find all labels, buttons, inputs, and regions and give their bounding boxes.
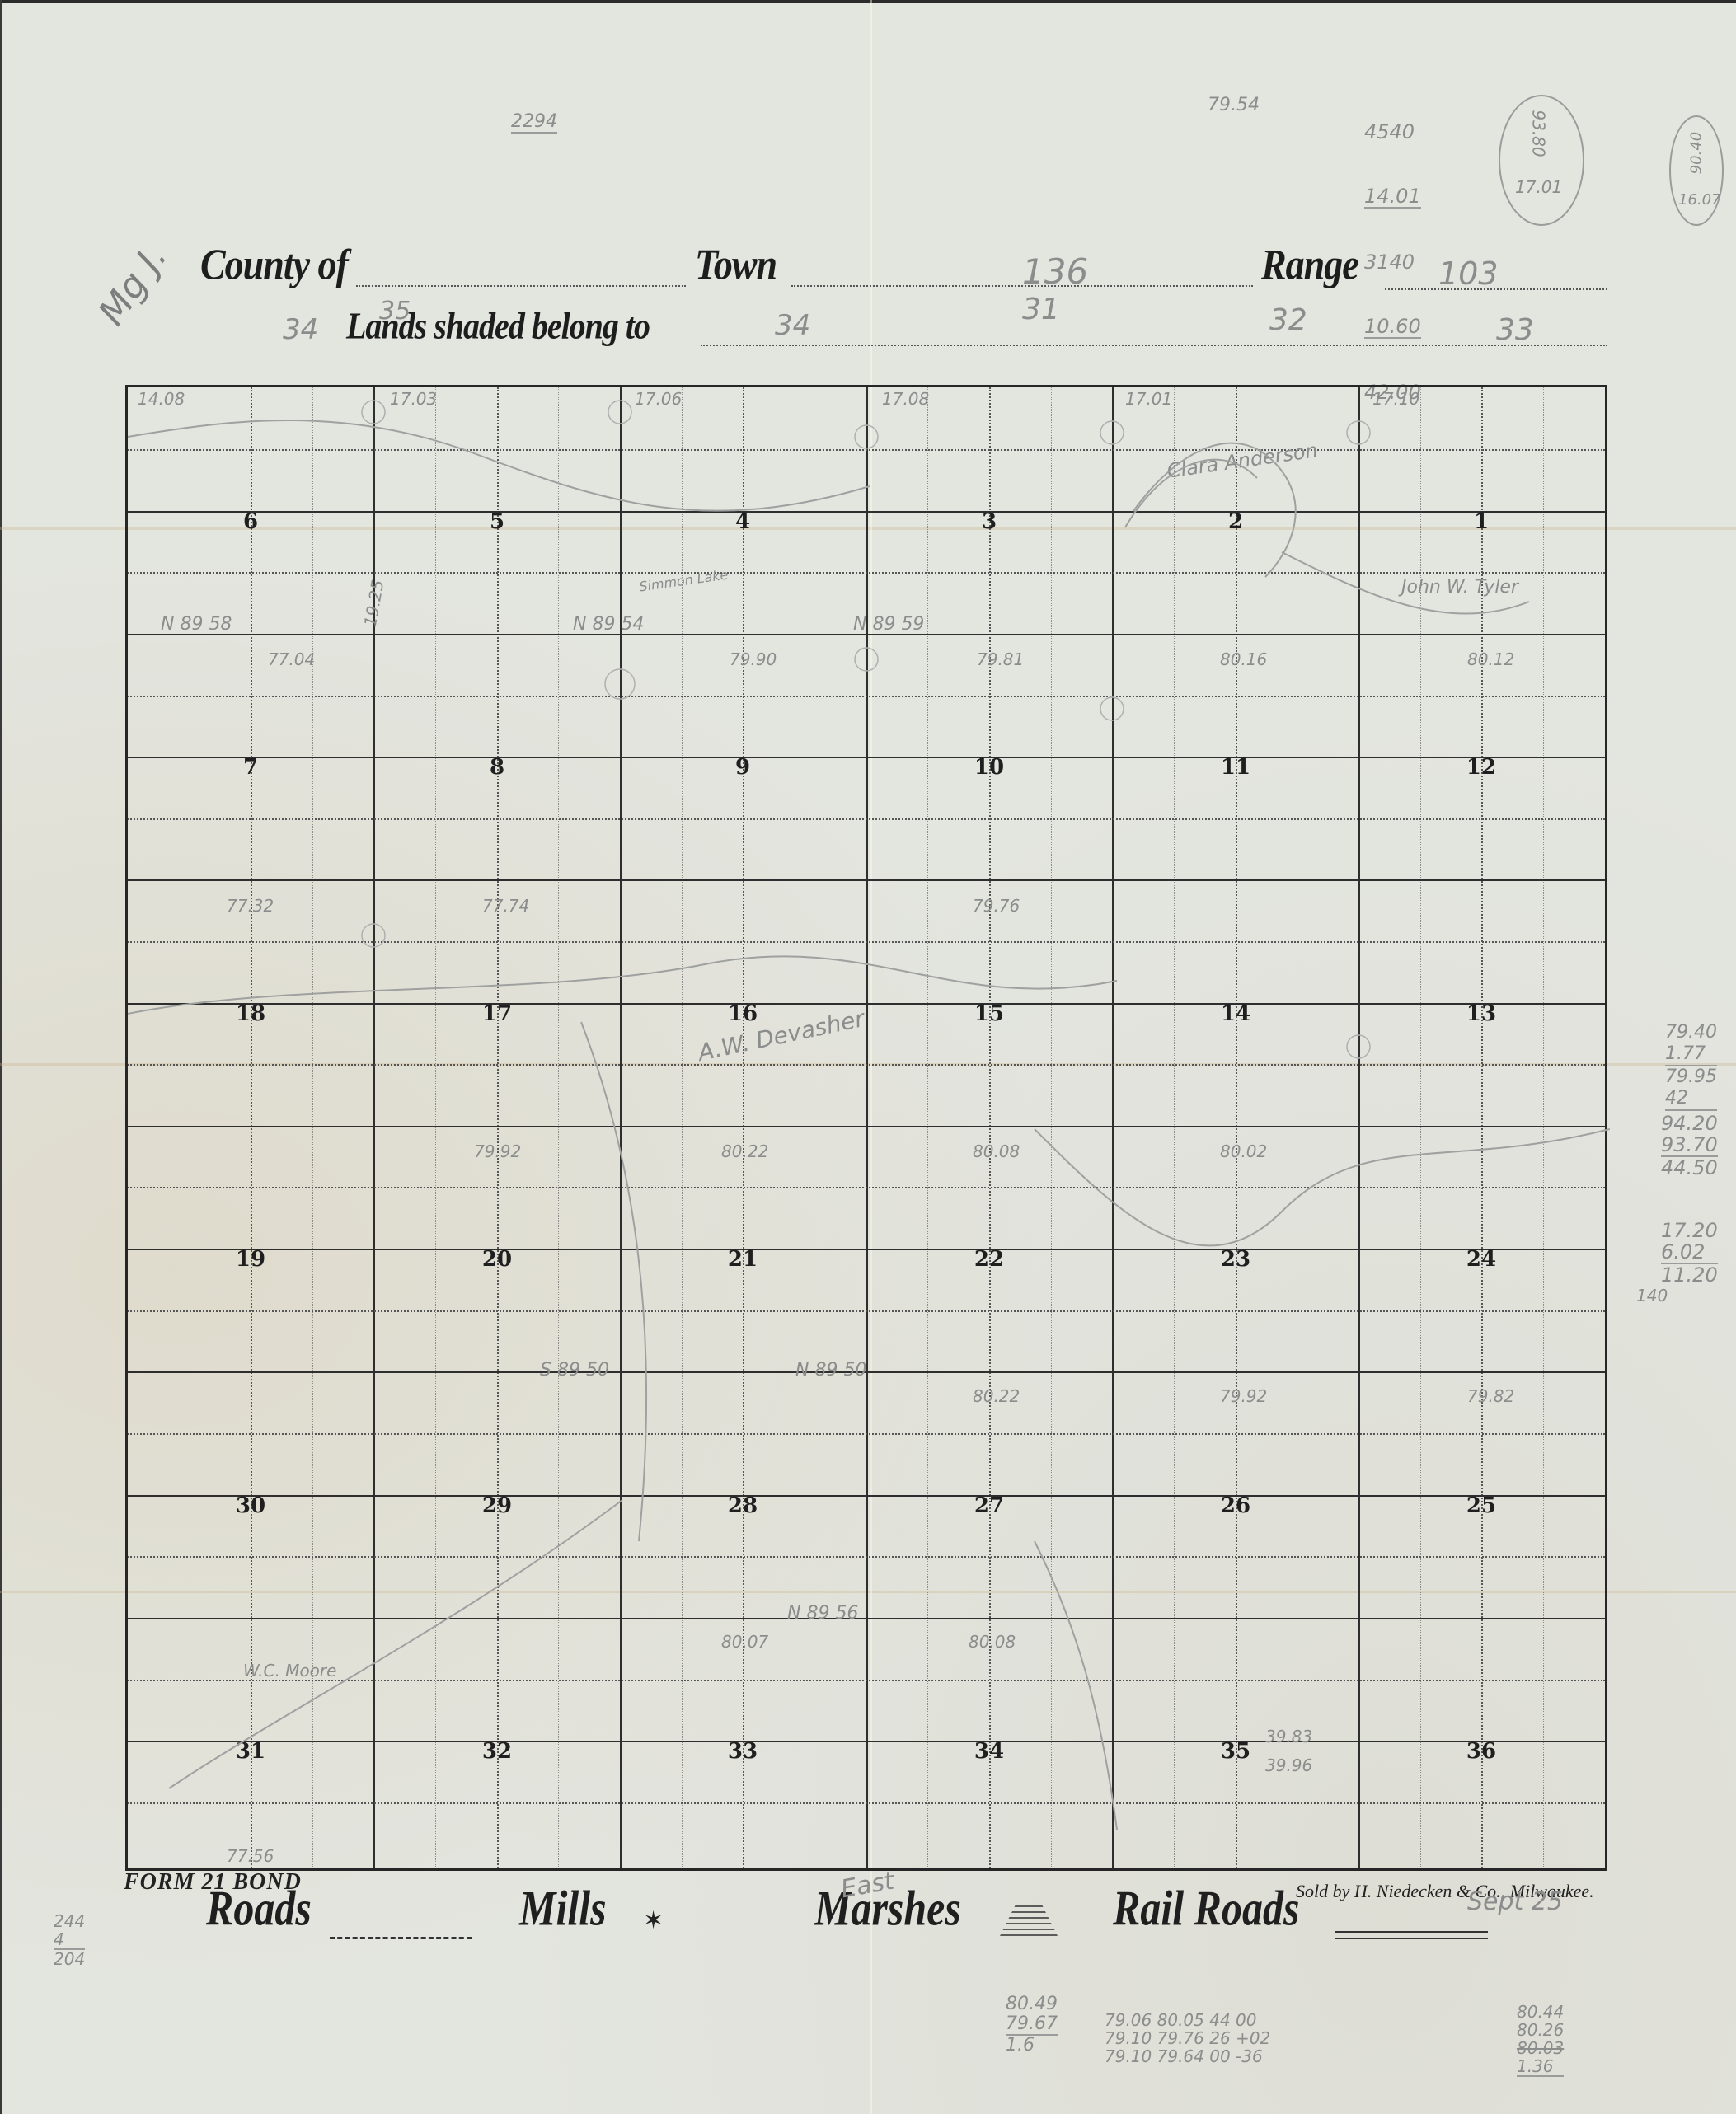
pencil-note: 140 xyxy=(1636,1286,1668,1305)
calc-line: 79.40 xyxy=(1665,1022,1717,1043)
calc-line: 1.36 xyxy=(1517,2057,1564,2077)
railroad-symbol xyxy=(1335,1931,1488,1939)
calc-line: 14.01 xyxy=(1364,185,1421,209)
calc-line: 244 xyxy=(54,1912,85,1930)
margin-calculation: 80.44 80.26 80.03 1.36 xyxy=(1517,2003,1564,2077)
calc-line: 79.10 79.76 26 +02 xyxy=(1105,2029,1270,2047)
margin-signature: Mg J. xyxy=(91,237,176,333)
calc-line: 6.02 xyxy=(1661,1241,1718,1264)
oval-note: 16.07 xyxy=(1678,191,1721,209)
oval-note: 17.01 xyxy=(1515,177,1562,197)
margin-calculation: 17.20 6.02 11.20 xyxy=(1661,1220,1718,1286)
sheet-top-edge xyxy=(0,0,1736,3)
margin-calculation: 94.20 93.70 44.50 xyxy=(1661,1113,1718,1179)
road-symbol xyxy=(330,1937,472,1939)
calc-line: 1.77 xyxy=(1665,1043,1717,1066)
pencil-note: 34 xyxy=(775,309,810,342)
pencil-note: 31 xyxy=(1022,293,1060,326)
legend-railroads-label: Rail Roads xyxy=(1113,1879,1299,1937)
calc-line: 17.20 xyxy=(1661,1220,1718,1241)
margin-calculation: 244 4 204 xyxy=(54,1912,85,1968)
calc-line: 1.6 xyxy=(1006,2036,1058,2055)
calc-line: 80.26 xyxy=(1517,2021,1564,2039)
pencil-note: 32 xyxy=(1269,303,1307,337)
calc-line: 79.06 80.05 44 00 xyxy=(1105,2011,1270,2029)
county-field[interactable] xyxy=(356,285,686,287)
county-label: County of xyxy=(200,239,348,289)
calc-line: 79.10 79.64 00 -36 xyxy=(1105,2047,1270,2065)
calc-line: 79.67 xyxy=(1006,2014,1058,2036)
calc-line: 4 xyxy=(54,1930,85,1950)
town-label: Town xyxy=(695,239,777,289)
pencil-note: 35 xyxy=(379,297,411,326)
legend-mills-label: Mills xyxy=(519,1879,607,1937)
calc-line: 42 xyxy=(1665,1088,1717,1111)
calc-line: 79.95 xyxy=(1665,1066,1717,1088)
range-value: 103 xyxy=(1438,255,1499,292)
calc-line: 11.20 xyxy=(1661,1264,1718,1286)
pencil-note: 79.54 xyxy=(1208,95,1260,115)
town-value: 136 xyxy=(1022,251,1088,292)
sheet-left-edge xyxy=(0,0,2,2114)
calc-line: 93.70 xyxy=(1661,1134,1718,1157)
marsh-icon xyxy=(1000,1901,1058,1936)
calc-line: 204 xyxy=(54,1950,85,1968)
range-label: Range xyxy=(1261,239,1358,289)
margin-calculation: 79.06 80.05 44 00 79.10 79.76 26 +02 79.… xyxy=(1105,2011,1270,2065)
calc-line: 4540 xyxy=(1364,121,1421,143)
calc-line: 44.50 xyxy=(1661,1157,1718,1179)
calc-line: 94.20 xyxy=(1661,1113,1718,1134)
lands-shaded-field[interactable] xyxy=(701,345,1607,346)
pencil-note: 33 xyxy=(1496,313,1534,347)
township-grid: 6 5 4 3 2 1 7 8 9 10 11 12 18 17 16 15 1… xyxy=(125,385,1607,1871)
calc-line: 3140 xyxy=(1364,251,1421,273)
calc-line: 80.49 xyxy=(1006,1994,1058,2014)
legend-roads-label: Roads xyxy=(206,1879,312,1937)
calc-line: 80.44 xyxy=(1517,2003,1564,2021)
mill-star-icon: ✶ xyxy=(643,1906,664,1935)
survey-form-sheet: County of Town 136 Range 103 Lands shade… xyxy=(0,0,1736,2114)
pencil-terrain-sketch xyxy=(128,387,1610,1873)
calc-line: 80.03 xyxy=(1517,2039,1564,2057)
pencil-note: 2294 xyxy=(511,111,557,134)
margin-calculation: 79.40 1.77 79.95 42 xyxy=(1665,1022,1717,1111)
margin-calculation: 80.49 79.67 1.6 xyxy=(1006,1994,1058,2055)
calc-line: 10.60 xyxy=(1364,316,1421,339)
oval-note: 93.80 xyxy=(1529,110,1549,157)
oval-note: 90.40 xyxy=(1687,132,1705,175)
pencil-note: Sept 25 xyxy=(1467,1887,1563,1916)
pencil-note: 34 xyxy=(283,313,318,346)
